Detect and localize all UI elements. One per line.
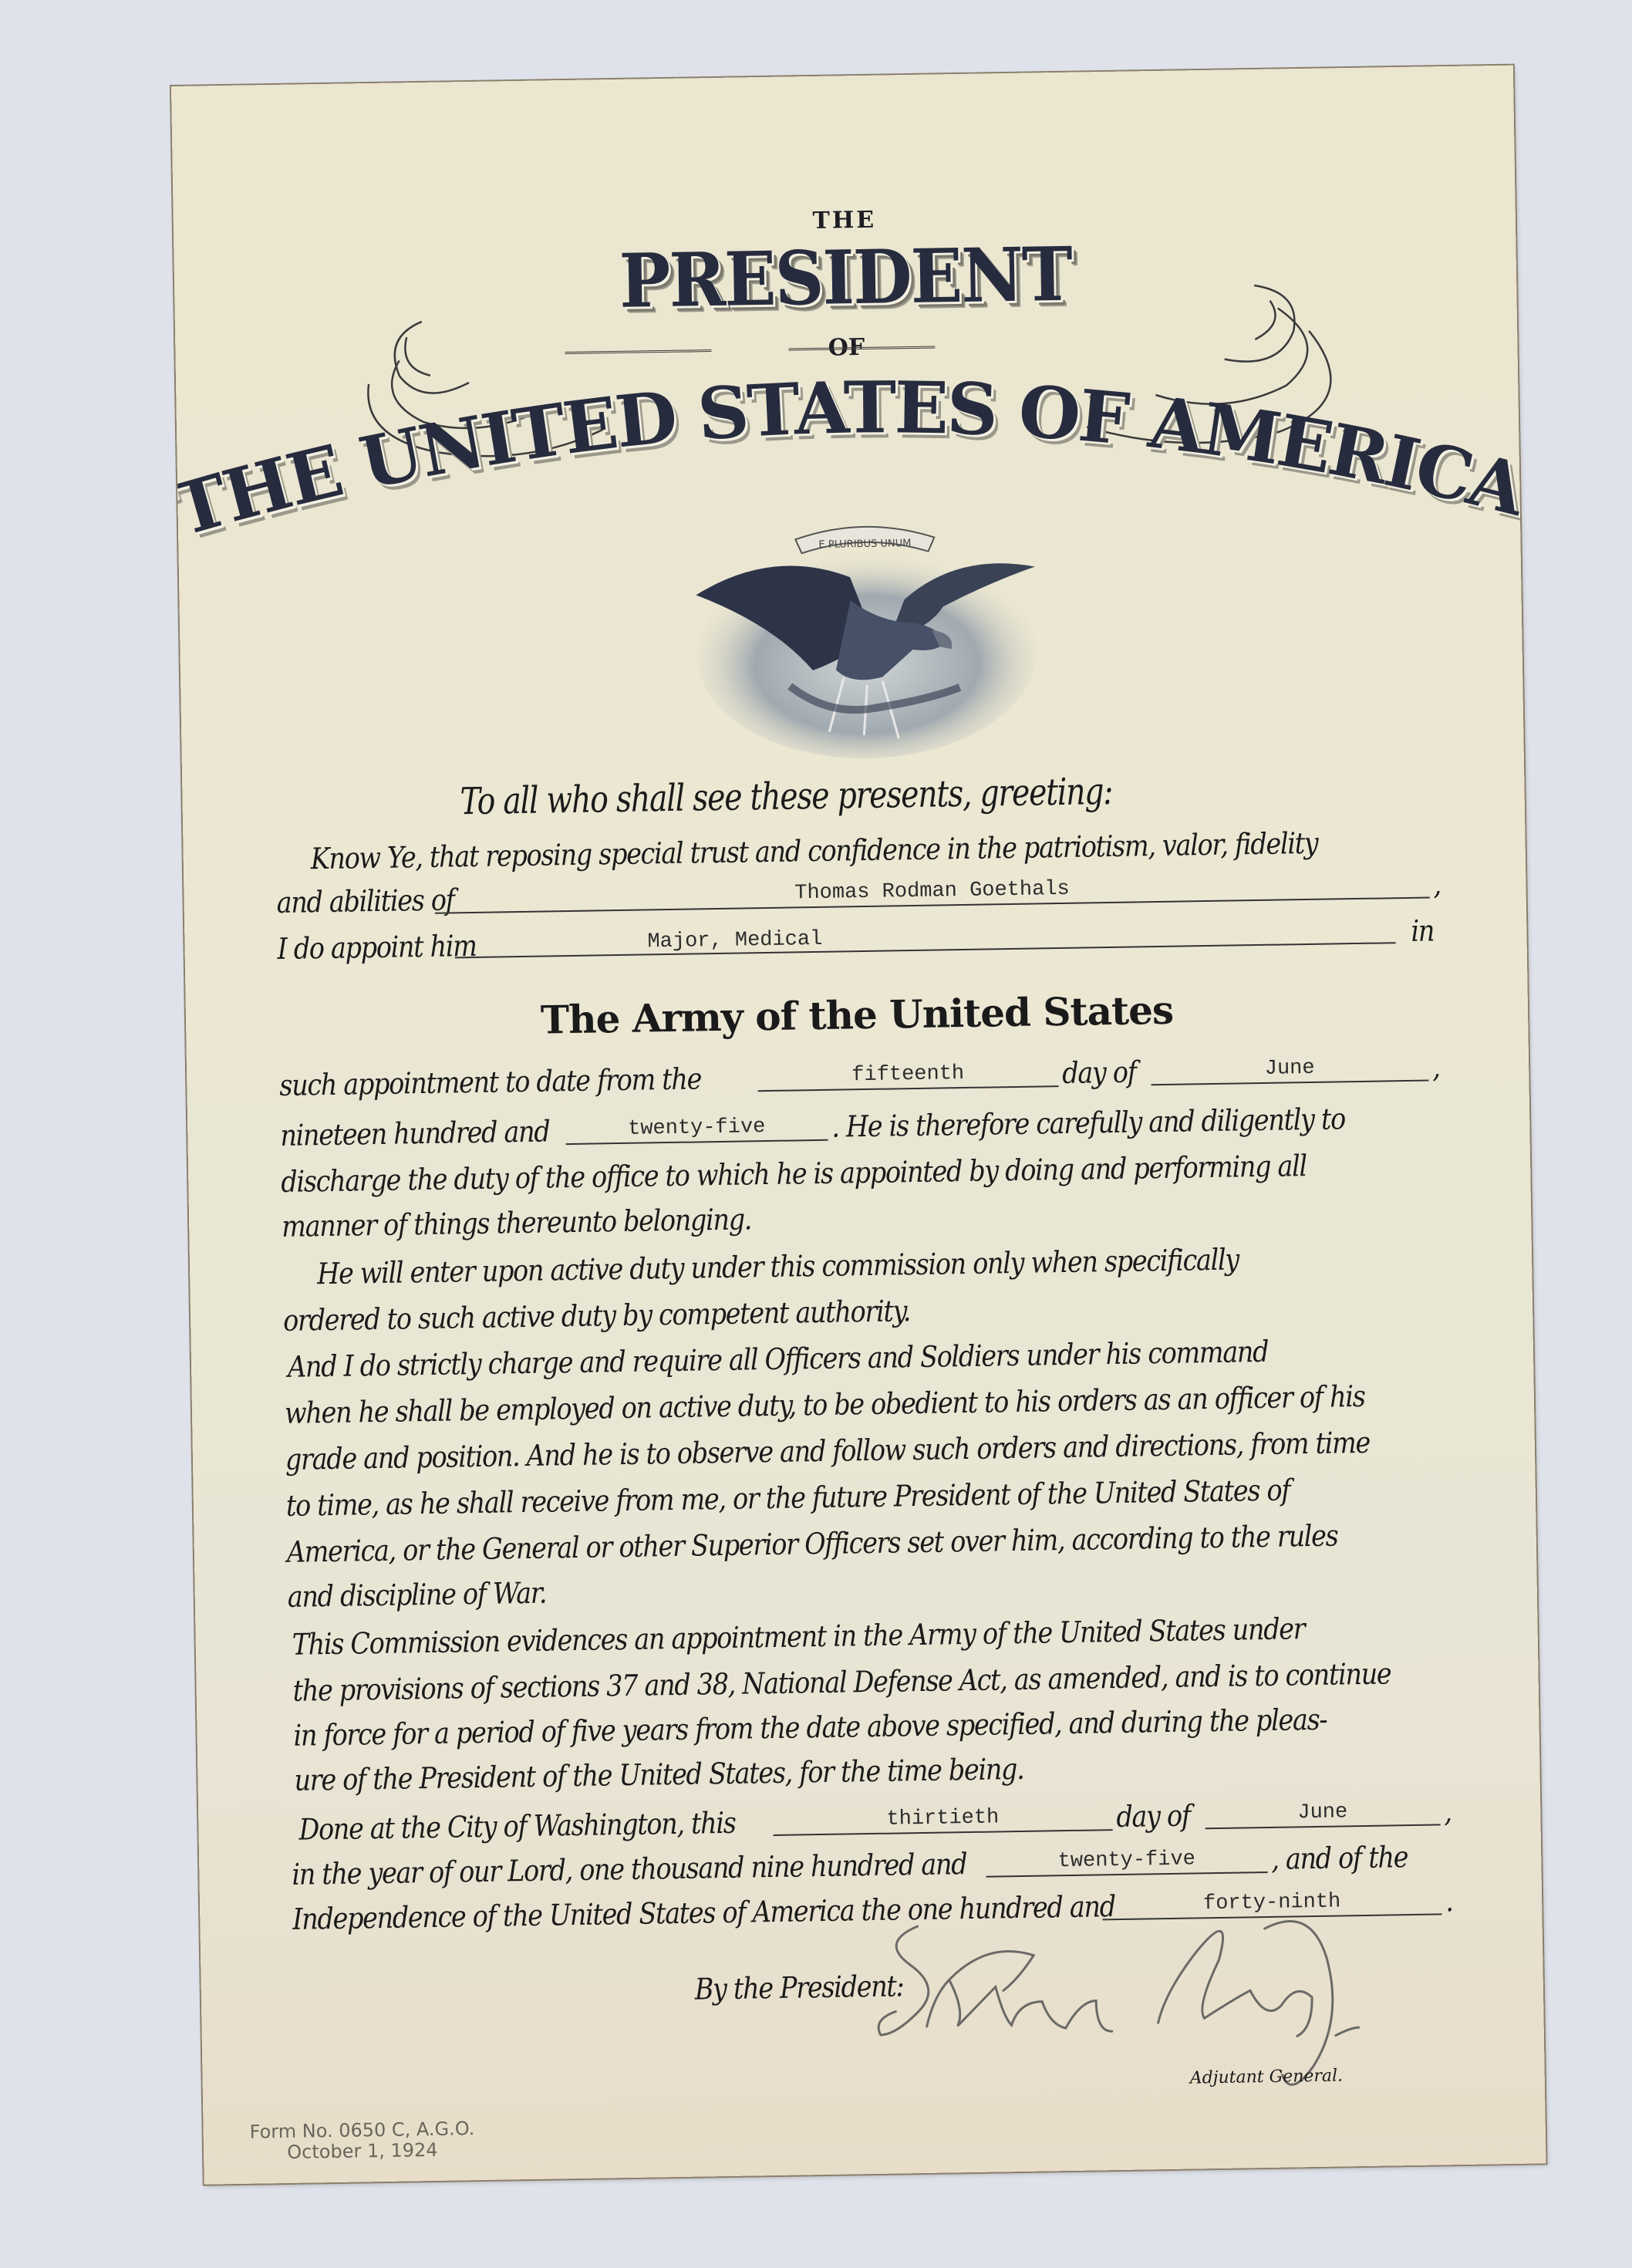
done-suffix: , bbox=[1444, 1794, 1452, 1828]
commission-document: THE PRESIDENT OF THE UNITED STATES OF AM… bbox=[171, 66, 1546, 2185]
greeting: To all who shall see these presents, gre… bbox=[460, 770, 1112, 823]
charge-line-2: when he shall be employed on active duty… bbox=[285, 1379, 1365, 1430]
form-number-text: Form No. 0650 C, A.G.O. bbox=[249, 2118, 474, 2143]
done-month-field: June bbox=[1205, 1797, 1441, 1829]
charge-line-1: And I do strictly charge and require all… bbox=[288, 1335, 1269, 1384]
effective-day-field: fifteenth bbox=[757, 1059, 1059, 1092]
active-line-1: He will enter upon active duty under thi… bbox=[317, 1242, 1239, 1291]
effective-month-field: June bbox=[1151, 1054, 1429, 1086]
army-title: The Army of the United States bbox=[186, 982, 1529, 1048]
charge-line-5: America, or the General or other Superio… bbox=[287, 1518, 1338, 1568]
evidence-line-3: in force for a period of five years from… bbox=[293, 1703, 1327, 1753]
form-number: Form No. 0650 C, A.G.O. October 1, 1924 bbox=[249, 2118, 474, 2164]
done-label: Done at the City of Washington, this bbox=[298, 1806, 736, 1847]
officer-name-field: Thomas Rodman Goethals bbox=[434, 871, 1429, 914]
form-date-text: October 1, 1924 bbox=[250, 2139, 475, 2164]
adjutant-general-signature bbox=[832, 1911, 1406, 2136]
done-year-field: twenty-five bbox=[986, 1845, 1268, 1878]
date-from-label: such appointment to date from the bbox=[279, 1061, 701, 1102]
appoint-suffix: in bbox=[1411, 913, 1434, 947]
adjutant-general-title: Adjutant General. bbox=[1190, 2066, 1344, 2087]
day-of-label: day of bbox=[1062, 1055, 1136, 1090]
abilities-of-label: and abilities of bbox=[276, 883, 454, 920]
duty-line-2: manner of things thereunto belonging. bbox=[282, 1202, 751, 1244]
svg-text:E PLURIBUS UNUM: E PLURIBUS UNUM bbox=[818, 538, 911, 551]
name-suffix: , bbox=[1433, 867, 1441, 901]
evidence-line-4: ure of the President of the United State… bbox=[294, 1752, 1024, 1797]
charge-line-6: and discipline of War. bbox=[287, 1576, 546, 1614]
active-line-2: ordered to such active duty by competent… bbox=[283, 1294, 911, 1338]
charge-line-4: to time, as he shall receive from me, or… bbox=[286, 1473, 1290, 1522]
charge-line-3: grade and position. And he is to observe… bbox=[285, 1426, 1371, 1477]
appoint-label: I do appoint him bbox=[277, 929, 477, 966]
evidence-line-2: the provisions of sections 37 and 38, Na… bbox=[292, 1656, 1391, 1707]
independence-suffix: . bbox=[1445, 1884, 1453, 1918]
date-suffix: , bbox=[1432, 1050, 1440, 1084]
done-day-of-label: day of bbox=[1116, 1799, 1190, 1834]
year-label: nineteen hundred and bbox=[280, 1114, 550, 1152]
know-ye-text: Know Ye, that reposing special trust and… bbox=[310, 826, 1317, 876]
done-day-field: thirtieth bbox=[773, 1803, 1113, 1836]
lord-suffix: , and of the bbox=[1271, 1840, 1408, 1876]
effective-year-field: twenty-five bbox=[565, 1113, 828, 1145]
eagle-icon: E PLURIBUS UNUM bbox=[679, 505, 1054, 764]
evidence-line-1: This Commission evidences an appointment… bbox=[292, 1612, 1304, 1662]
year-suffix: . He is therefore carefully and diligent… bbox=[831, 1102, 1345, 1143]
